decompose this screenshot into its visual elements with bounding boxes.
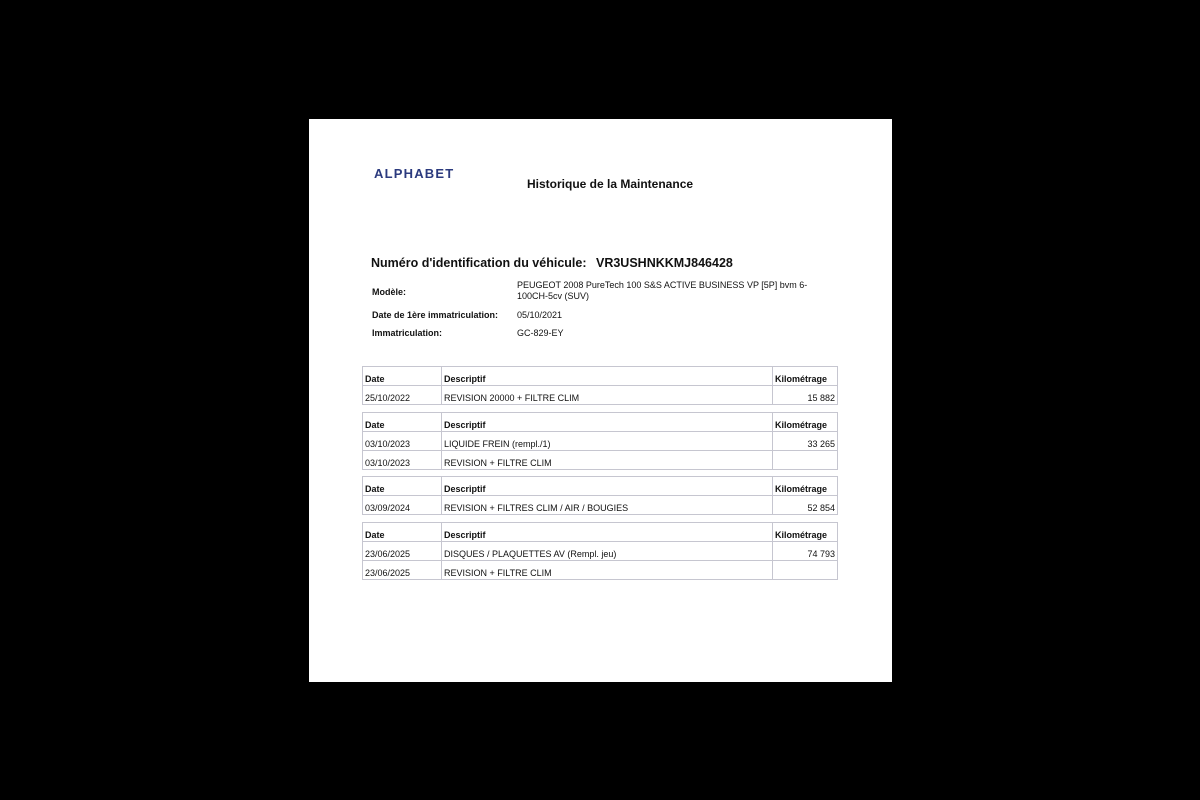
- cell-description: REVISION + FILTRES CLIM / AIR / BOUGIES: [442, 496, 773, 515]
- cell-mileage: [773, 561, 838, 580]
- cell-mileage: 33 265: [773, 432, 838, 451]
- header-mileage: Kilométrage: [773, 413, 838, 432]
- maintenance-table: DateDescriptifKilométrage03/10/2023LIQUI…: [362, 412, 838, 470]
- cell-date: 03/09/2024: [363, 496, 442, 515]
- header-description: Descriptif: [442, 523, 773, 542]
- table-header-row: DateDescriptifKilométrage: [363, 477, 838, 496]
- table-header-row: DateDescriptifKilométrage: [363, 413, 838, 432]
- header-date: Date: [363, 367, 442, 386]
- cell-description: REVISION + FILTRE CLIM: [442, 561, 773, 580]
- maintenance-table: DateDescriptifKilométrage03/09/2024REVIS…: [362, 476, 838, 515]
- cell-description: REVISION 20000 + FILTRE CLIM: [442, 386, 773, 405]
- table-row: 03/10/2023LIQUIDE FREIN (rempl./1)33 265: [363, 432, 838, 451]
- table-row: 23/06/2025DISQUES / PLAQUETTES AV (Rempl…: [363, 542, 838, 561]
- cell-mileage: [773, 451, 838, 470]
- vin-line: Numéro d'identification du véhicule: VR3…: [371, 256, 733, 270]
- table-row: 03/09/2024REVISION + FILTRES CLIM / AIR …: [363, 496, 838, 515]
- first-registration-label: Date de 1ère immatriculation:: [372, 310, 498, 320]
- cell-description: DISQUES / PLAQUETTES AV (Rempl. jeu): [442, 542, 773, 561]
- registration-value: GC-829-EY: [517, 328, 817, 339]
- cell-mileage: 15 882: [773, 386, 838, 405]
- header-mileage: Kilométrage: [773, 523, 838, 542]
- header-description: Descriptif: [442, 413, 773, 432]
- maintenance-table: DateDescriptifKilométrage25/10/2022REVIS…: [362, 366, 838, 405]
- table-row: 25/10/2022REVISION 20000 + FILTRE CLIM15…: [363, 386, 838, 405]
- table-row: 03/10/2023REVISION + FILTRE CLIM: [363, 451, 838, 470]
- cell-date: 23/06/2025: [363, 561, 442, 580]
- header-date: Date: [363, 477, 442, 496]
- cell-mileage: 74 793: [773, 542, 838, 561]
- cell-date: 23/06/2025: [363, 542, 442, 561]
- cell-mileage: 52 854: [773, 496, 838, 515]
- header-description: Descriptif: [442, 477, 773, 496]
- cell-description: LIQUIDE FREIN (rempl./1): [442, 432, 773, 451]
- header-date: Date: [363, 523, 442, 542]
- registration-label: Immatriculation:: [372, 328, 442, 338]
- vin-value: VR3USHNKKMJ846428: [596, 256, 733, 270]
- maintenance-table: DateDescriptifKilométrage23/06/2025DISQU…: [362, 522, 838, 580]
- model-value: PEUGEOT 2008 PureTech 100 S&S ACTIVE BUS…: [517, 280, 817, 302]
- first-registration-value: 05/10/2021: [517, 310, 817, 321]
- cell-date: 03/10/2023: [363, 432, 442, 451]
- document-title: Historique de la Maintenance: [527, 177, 693, 191]
- model-label: Modèle:: [372, 287, 406, 297]
- cell-date: 25/10/2022: [363, 386, 442, 405]
- table-header-row: DateDescriptifKilométrage: [363, 367, 838, 386]
- table-header-row: DateDescriptifKilométrage: [363, 523, 838, 542]
- header-mileage: Kilométrage: [773, 477, 838, 496]
- header-date: Date: [363, 413, 442, 432]
- header-mileage: Kilométrage: [773, 367, 838, 386]
- vin-label: Numéro d'identification du véhicule:: [371, 256, 587, 270]
- cell-description: REVISION + FILTRE CLIM: [442, 451, 773, 470]
- document-page: ALPHABET Historique de la Maintenance Nu…: [309, 119, 892, 682]
- table-row: 23/06/2025REVISION + FILTRE CLIM: [363, 561, 838, 580]
- cell-date: 03/10/2023: [363, 451, 442, 470]
- header-description: Descriptif: [442, 367, 773, 386]
- alphabet-logo: ALPHABET: [374, 166, 454, 181]
